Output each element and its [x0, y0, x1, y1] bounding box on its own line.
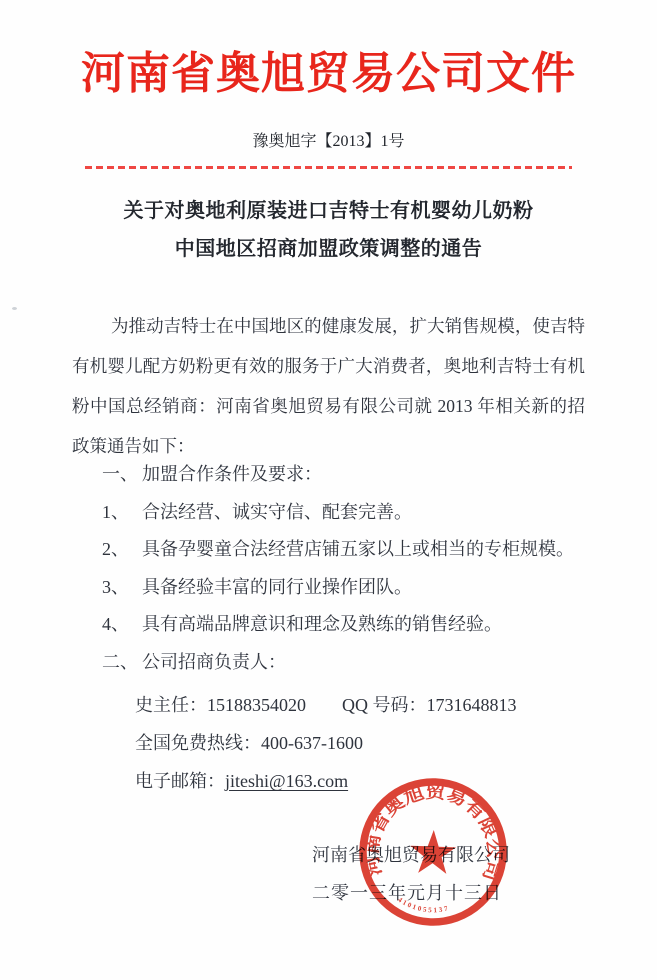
item-number: 二、: [102, 644, 142, 682]
list-item: 一、加盟合作条件及要求：: [102, 456, 602, 494]
document-title-line1: 关于对奥地利原装进口吉特士有机婴幼儿奶粉: [0, 198, 657, 224]
signature-company: 河南省奥旭贸易有限公司: [312, 844, 510, 866]
signature-date: 二零一三年元月十三日: [312, 882, 502, 904]
body-line: 粉中国总经销商：河南省奥旭贸易有限公司就 2013 年相关新的招商: [72, 386, 585, 426]
contact-row-hotline: 全国免费热线：400-637-1600: [135, 724, 605, 762]
item-number: 2、: [102, 531, 142, 569]
body-paragraph: 为推动吉特士在中国地区的健康发展，扩大销售规模，使吉特士 有机婴儿配方奶粉更有效…: [72, 306, 585, 466]
document-title-line2: 中国地区招商加盟政策调整的通告: [0, 236, 657, 262]
item-text: 具备经验丰富的同行业操作团队。: [142, 577, 412, 597]
letterhead-title: 河南省奥旭贸易公司文件: [0, 46, 657, 102]
item-number: 一、: [102, 456, 142, 494]
list-item: 2、具备孕婴童合法经营店铺五家以上或相当的专柜规模。: [102, 531, 602, 569]
item-text: 公司招商负责人：: [142, 652, 286, 672]
item-text: 加盟合作条件及要求：: [142, 464, 322, 484]
list-item: 1、合法经营、诚实守信、配套完善。: [102, 494, 602, 532]
scanned-document-page: 河南省奥旭贸易公司文件 豫奥旭字【2013】1号 关于对奥地利原装进口吉特士有机…: [0, 0, 657, 980]
item-number: 1、: [102, 494, 142, 532]
qq-label: QQ 号码：: [342, 695, 427, 715]
item-text: 具有高端品牌意识和理念及熟练的销售经验。: [142, 614, 502, 634]
conditions-list: 一、加盟合作条件及要求： 1、合法经营、诚实守信、配套完善。 2、具备孕婴童合法…: [102, 456, 602, 682]
qq-number: 1731648813: [427, 695, 517, 715]
body-line: 为推动吉特士在中国地区的健康发展，扩大销售规模，使吉特士: [72, 306, 585, 346]
email-label: 电子邮箱：: [135, 771, 225, 791]
manager-phone: 15188354020: [207, 695, 306, 715]
body-line: 有机婴儿配方奶粉更有效的服务于广大消费者，奥地利吉特士有机奶: [72, 346, 585, 386]
item-text: 具备孕婴童合法经营店铺五家以上或相当的专柜规模。: [142, 539, 574, 559]
email-link[interactable]: jiteshi@163.com: [225, 771, 348, 791]
hotline-number: 400-637-1600: [261, 733, 363, 753]
item-number: 4、: [102, 606, 142, 644]
list-item: 二、公司招商负责人：: [102, 644, 602, 682]
contact-info: 史主任：15188354020QQ 号码：1731648813 全国免费热线：4…: [135, 686, 605, 800]
hotline-label: 全国免费热线：: [135, 733, 261, 753]
manager-label: 史主任：: [135, 695, 207, 715]
contact-row-email: 电子邮箱：jiteshi@163.com: [135, 762, 605, 800]
item-number: 3、: [102, 569, 142, 607]
list-item: 3、具备经验丰富的同行业操作团队。: [102, 569, 602, 607]
scan-artifact-speck: [12, 307, 17, 310]
contact-row-manager: 史主任：15188354020QQ 号码：1731648813: [135, 686, 605, 724]
list-item: 4、具有高端品牌意识和理念及熟练的销售经验。: [102, 606, 602, 644]
red-dashed-divider: [85, 166, 572, 169]
document-number: 豫奥旭字【2013】1号: [0, 131, 657, 153]
item-text: 合法经营、诚实守信、配套完善。: [142, 502, 412, 522]
